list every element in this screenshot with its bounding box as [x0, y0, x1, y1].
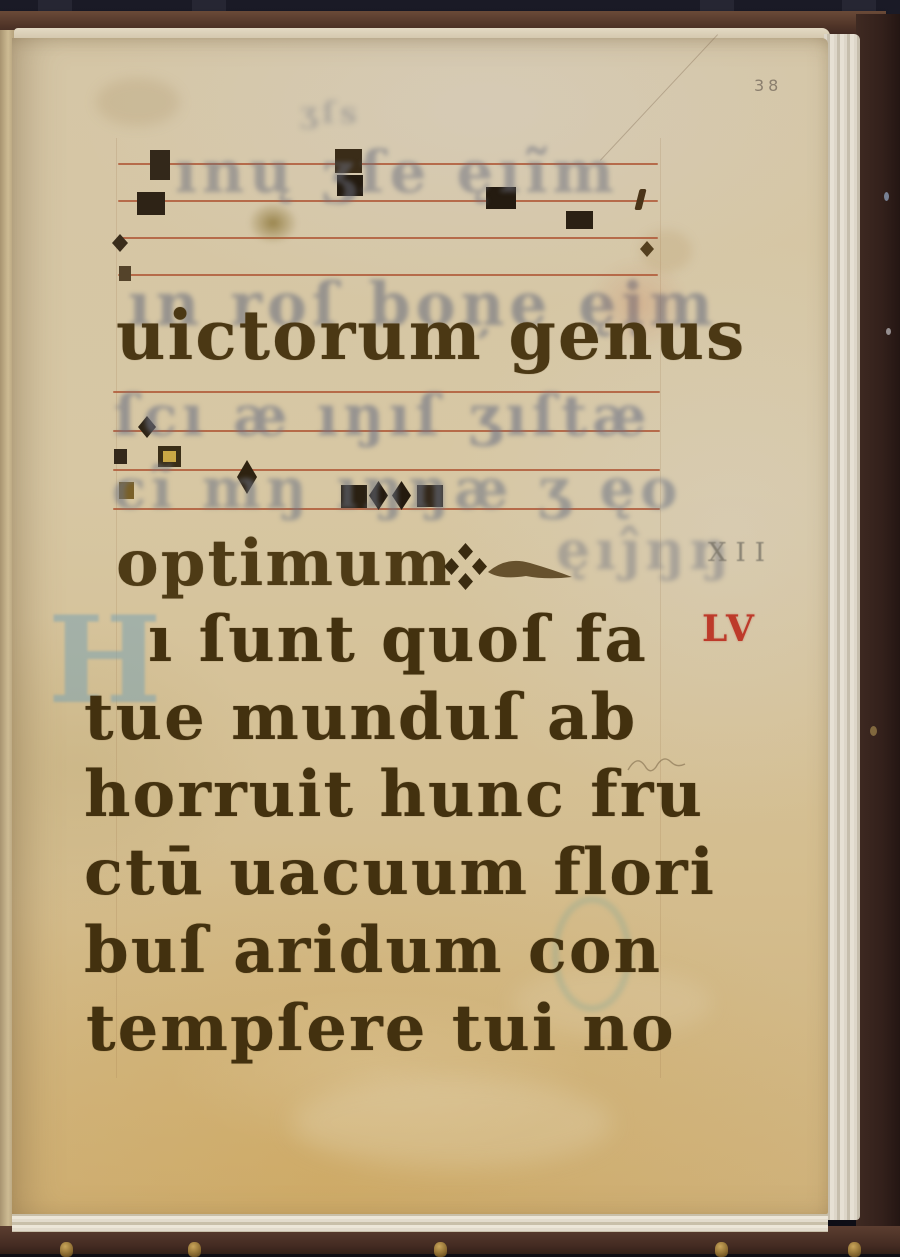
chant-body-line-5: buſ aridum con: [84, 913, 662, 988]
mottling: [292, 1078, 612, 1168]
margin-pencil-numeral: XII: [708, 538, 774, 568]
manuscript-photo: ʒſs ınų ʒſe ęıĩm ın roſ boņe ęįm ſcı æ ı…: [0, 0, 900, 1257]
clasp-glint: [884, 192, 889, 201]
brass-foot: [715, 1242, 728, 1257]
brass-foot: [848, 1242, 861, 1257]
brass-foot: [188, 1242, 201, 1257]
ghost-showthrough-text: ʒſs: [300, 96, 362, 131]
chant-body-line-4: ctū uacuum flori: [84, 835, 716, 910]
binding-right-cover: [856, 14, 900, 1252]
neume-square: [150, 150, 170, 180]
ghost-showthrough-text: ſcı æ ıŋıſ ʒıſtæ: [114, 383, 652, 449]
staff-line: [118, 237, 658, 239]
chant-body-line-2: tue munduſ ab: [84, 680, 637, 755]
clasp-glint: [870, 726, 877, 736]
clasp-glint: [886, 328, 891, 335]
page-edge-stack-right: [824, 34, 860, 1220]
folio-number: 38: [754, 76, 782, 95]
neume-stain: [248, 202, 298, 244]
stain: [96, 78, 180, 126]
brass-foot: [434, 1242, 447, 1257]
chant-body-line-6: tempſere tui no: [86, 991, 676, 1066]
chant-line-victorum-genus: uictorum genus: [116, 296, 746, 376]
flourish-swoosh: [486, 550, 574, 590]
neume-square: [566, 211, 593, 229]
chant-line-optimum: optimum: [116, 526, 453, 601]
chant-body-line-1: ı ſunt quoſ fa: [148, 602, 648, 677]
ghost-showthrough-text: cĩ mŋ ıŋŋæ ʒ ęo: [112, 456, 682, 522]
margin-squiggle: [626, 744, 692, 786]
brass-foot: [60, 1242, 73, 1257]
margin-red-numeral: LV: [702, 608, 757, 650]
neume-square: [137, 192, 165, 215]
chant-body-line-3: horruit hunc fru: [84, 757, 704, 832]
ghost-showthrough-text: ınų ʒſe ęıĩm: [175, 138, 619, 206]
